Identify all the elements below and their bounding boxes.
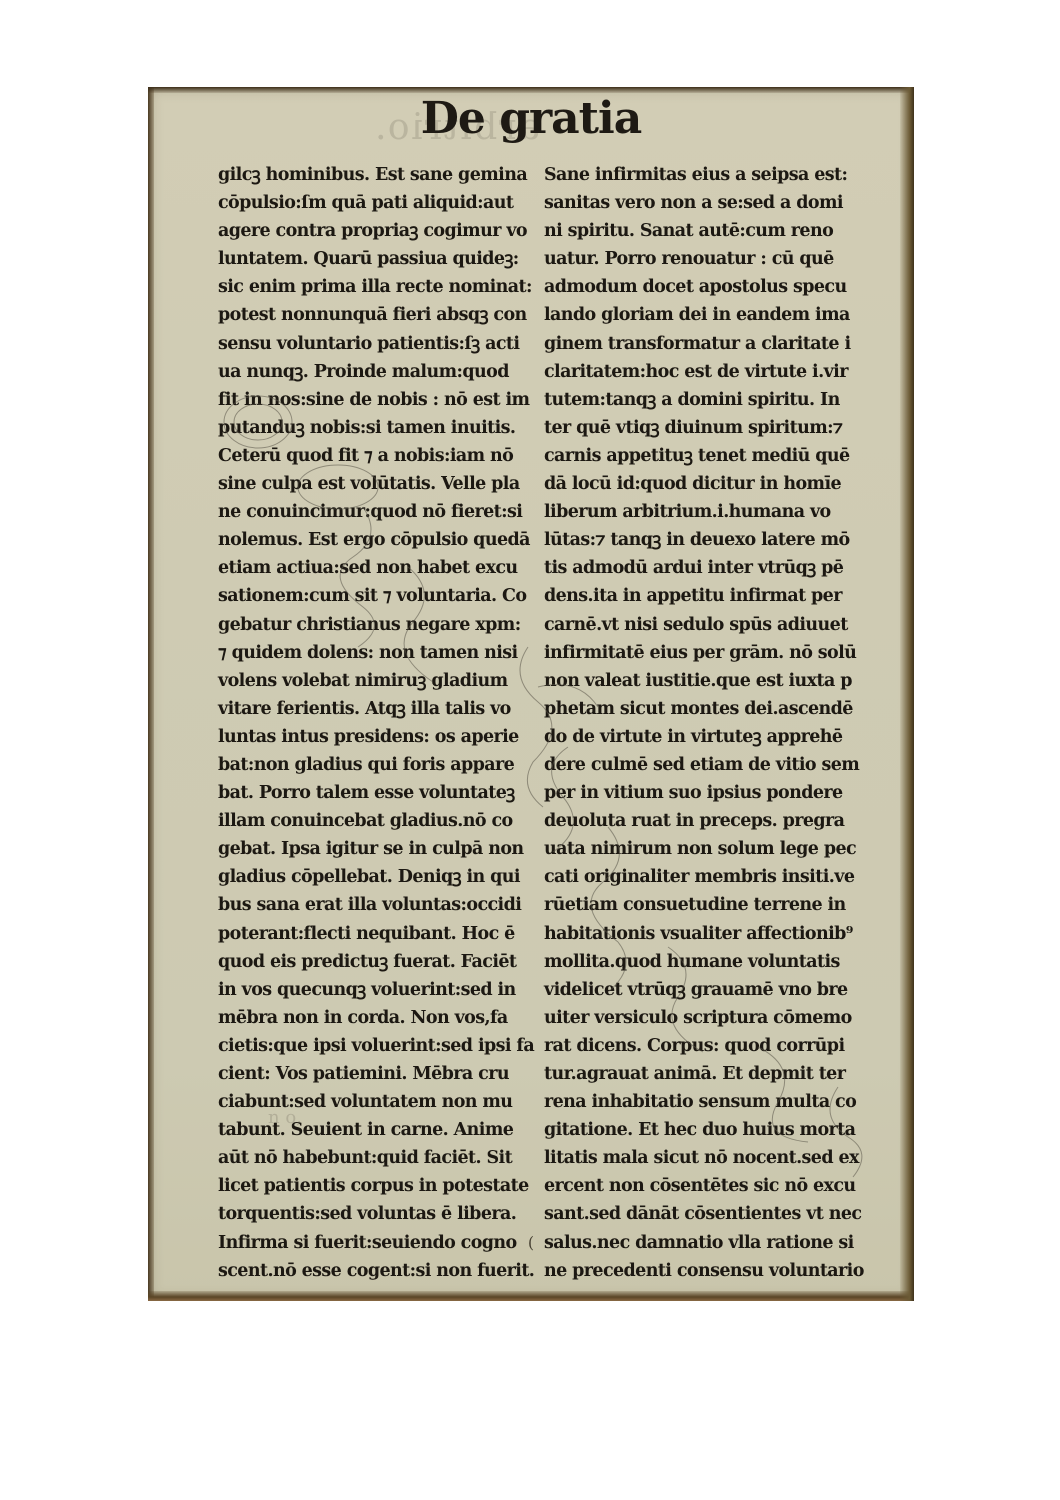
text-line: torquentis:sed voluntas ē libera.: [218, 1200, 540, 1228]
text-line: ercent non cōsentētes sic nō excu: [544, 1172, 884, 1200]
text-line: quod eis predictuꝫ fuerat. Faciēt: [218, 948, 540, 976]
text-line: bus sana erat illa voluntas:occidi: [218, 891, 540, 919]
text-line: sationem:cum sit ⁊ voluntaria. Co: [218, 582, 540, 610]
text-line: liberum arbitrium.i.humana vo: [544, 498, 884, 526]
text-line: sensu voluntario patientis:ſꝫ acti: [218, 330, 540, 358]
text-line: carnis appetituꝫ tenet mediū quē: [544, 442, 884, 470]
text-line: volens volebat nimiruꝫ gladium: [218, 667, 540, 695]
signature-mark: (: [148, 1233, 914, 1252]
scanned-page: arbitrio. De gratia gilcꝫ hominibus. Est…: [148, 87, 914, 1301]
text-line: deuoluta ruat in preceps. pregra: [544, 807, 884, 835]
text-line: ua nunqꝫ. Proinde malum:quod: [218, 358, 540, 386]
text-line: gebatur christianus negare xpm:: [218, 611, 540, 639]
text-line: phetam sicut montes dei.ascendē: [544, 695, 884, 723]
text-line: lando gloriam dei in eandem ima: [544, 301, 884, 329]
text-line: ginem transformatur a claritate i: [544, 330, 884, 358]
text-line: tis admodū ardui inter vtrūqꝫ pē: [544, 554, 884, 582]
text-line: cient: Vos patiemini. Mēbra cru: [218, 1060, 540, 1088]
text-line: rena inhabitatio sensum multa co: [544, 1088, 884, 1116]
text-line: luntas intus presidens: os aperie: [218, 723, 540, 751]
text-line: gebat. Ipsa igitur se in culpā non: [218, 835, 540, 863]
text-line: cati originaliter membris insiti.ve: [544, 863, 884, 891]
text-line: dens.ita in appetitu infirmat per: [544, 582, 884, 610]
text-line: admodum docet apostolus specu: [544, 273, 884, 301]
text-line: ⁊ quidem dolens: non tamen nisi: [218, 639, 540, 667]
text-line: rūetiam consuetudine terrene in: [544, 891, 884, 919]
text-line: sant.sed dānāt cōsentientes vt nec: [544, 1200, 884, 1228]
text-line: Sane infirmitas eius a seipsa est:: [544, 161, 884, 189]
text-line: ne precedenti consensu voluntario: [544, 1257, 884, 1285]
text-line: cietis:que ipsi voluerint:sed ipsi fa: [218, 1032, 540, 1060]
text-line: Ceterū quod fit ⁊ a nobis:iam nō: [218, 442, 540, 470]
text-line: uatur. Porro renouatur : cū quē: [544, 245, 884, 273]
text-line: luntatem. Quarū passiua quideꝫ:: [218, 245, 540, 273]
text-line: putanduꝫ nobis:si tamen inuitis.: [218, 414, 540, 442]
page-bottom-edge: [148, 1291, 914, 1301]
text-line: dā locū id:quod dicitur in homīe: [544, 470, 884, 498]
text-line: scent.nō esse cogent:si non fuerit.: [218, 1257, 540, 1285]
text-line: vitare ferientis. Atqꝫ illa talis vo: [218, 695, 540, 723]
text-line: tur.agrauat animā. Et depmit ter: [544, 1060, 884, 1088]
text-line: dere culmē sed etiam de vitio sem: [544, 751, 884, 779]
text-line: etiam actiua:sed non habet excu: [218, 554, 540, 582]
text-line: cōpulsio:ſm quā pati aliquid:aut: [218, 189, 540, 217]
text-line: uata nimirum non solum lege pec: [544, 835, 884, 863]
left-column: gilcꝫ hominibus. Est sane geminacōpulsio…: [218, 161, 540, 1285]
text-line: mēbra non in corda. Non vos,fa: [218, 1004, 540, 1032]
text-line: tabunt. Seuient in carne. Anime: [218, 1116, 540, 1144]
text-line: videlicet vtrūqꝫ grauamē vno bre: [544, 976, 884, 1004]
text-line: nolemus. Est ergo cōpulsio quedā: [218, 526, 540, 554]
text-line: ne conuincimur:quod nō fieret:si: [218, 498, 540, 526]
text-line: bat:non gladius qui foris appare: [218, 751, 540, 779]
text-line: in vos quecunqꝫ voluerint:sed in: [218, 976, 540, 1004]
text-line: aūt nō habebunt:quid faciēt. Sit: [218, 1144, 540, 1172]
text-line: infirmitatē eius per grām. nō solū: [544, 639, 884, 667]
text-line: agere contra propriaꝫ cogimur vo: [218, 217, 540, 245]
text-line: mollita.quod humane voluntatis: [544, 948, 884, 976]
text-line: rat dicens. Corpus: quod corrūpi: [544, 1032, 884, 1060]
text-line: gitatione. Et hec duo huius morta: [544, 1116, 884, 1144]
text-line: claritatem:hoc est de virtute i.vir: [544, 358, 884, 386]
text-line: sic enim prima illa recte nominat:: [218, 273, 540, 301]
right-column: Sane infirmitas eius a seipsa est:sanita…: [544, 161, 884, 1285]
text-line: sanitas vero non a se:sed a domi: [544, 189, 884, 217]
text-line: ciabunt:sed voluntatem non mu: [218, 1088, 540, 1116]
text-line: ni spiritu. Sanat autē:cum reno: [544, 217, 884, 245]
text-line: sine culpa est volūtatis. Velle pla: [218, 470, 540, 498]
text-line: uiter versiculo scriptura cōmemo: [544, 1004, 884, 1032]
faint-show-through: n o,: [268, 1107, 302, 1128]
text-line: habitationis vsualiter affectionib⁹: [544, 920, 884, 948]
text-line: tutem:tanqꝫ a domini spiritu. In: [544, 386, 884, 414]
text-line: bat. Porro talem esse voluntateꝫ: [218, 779, 540, 807]
text-line: carnē.vt nisi sedulo spūs adiuuet: [544, 611, 884, 639]
text-line: potest nonnunquā fieri absqꝫ con: [218, 301, 540, 329]
text-line: per in vitium suo ipsius pondere: [544, 779, 884, 807]
text-line: illam conuincebat gladius.nō co: [218, 807, 540, 835]
running-head: De gratia: [148, 93, 914, 144]
text-line: fit in nos:sine de nobis : nō est im: [218, 386, 540, 414]
text-line: gladius cōpellebat. Deniqꝫ in qui: [218, 863, 540, 891]
text-line: gilcꝫ hominibus. Est sane gemina: [218, 161, 540, 189]
text-line: poterant:flecti nequibant. Hoc ē: [218, 920, 540, 948]
text-line: do de virtute in virtuteꝫ apprehē: [544, 723, 884, 751]
text-line: litatis mala sicut nō nocent.sed ex: [544, 1144, 884, 1172]
text-line: lūtas:⁊ tanqꝫ in deuexo latere mō: [544, 526, 884, 554]
text-line: non valeat iustitie.que est iuxta p: [544, 667, 884, 695]
text-line: licet patientis corpus in potestate: [218, 1172, 540, 1200]
text-line: ter quē vtiqꝫ diuinum spiritum:⁊: [544, 414, 884, 442]
